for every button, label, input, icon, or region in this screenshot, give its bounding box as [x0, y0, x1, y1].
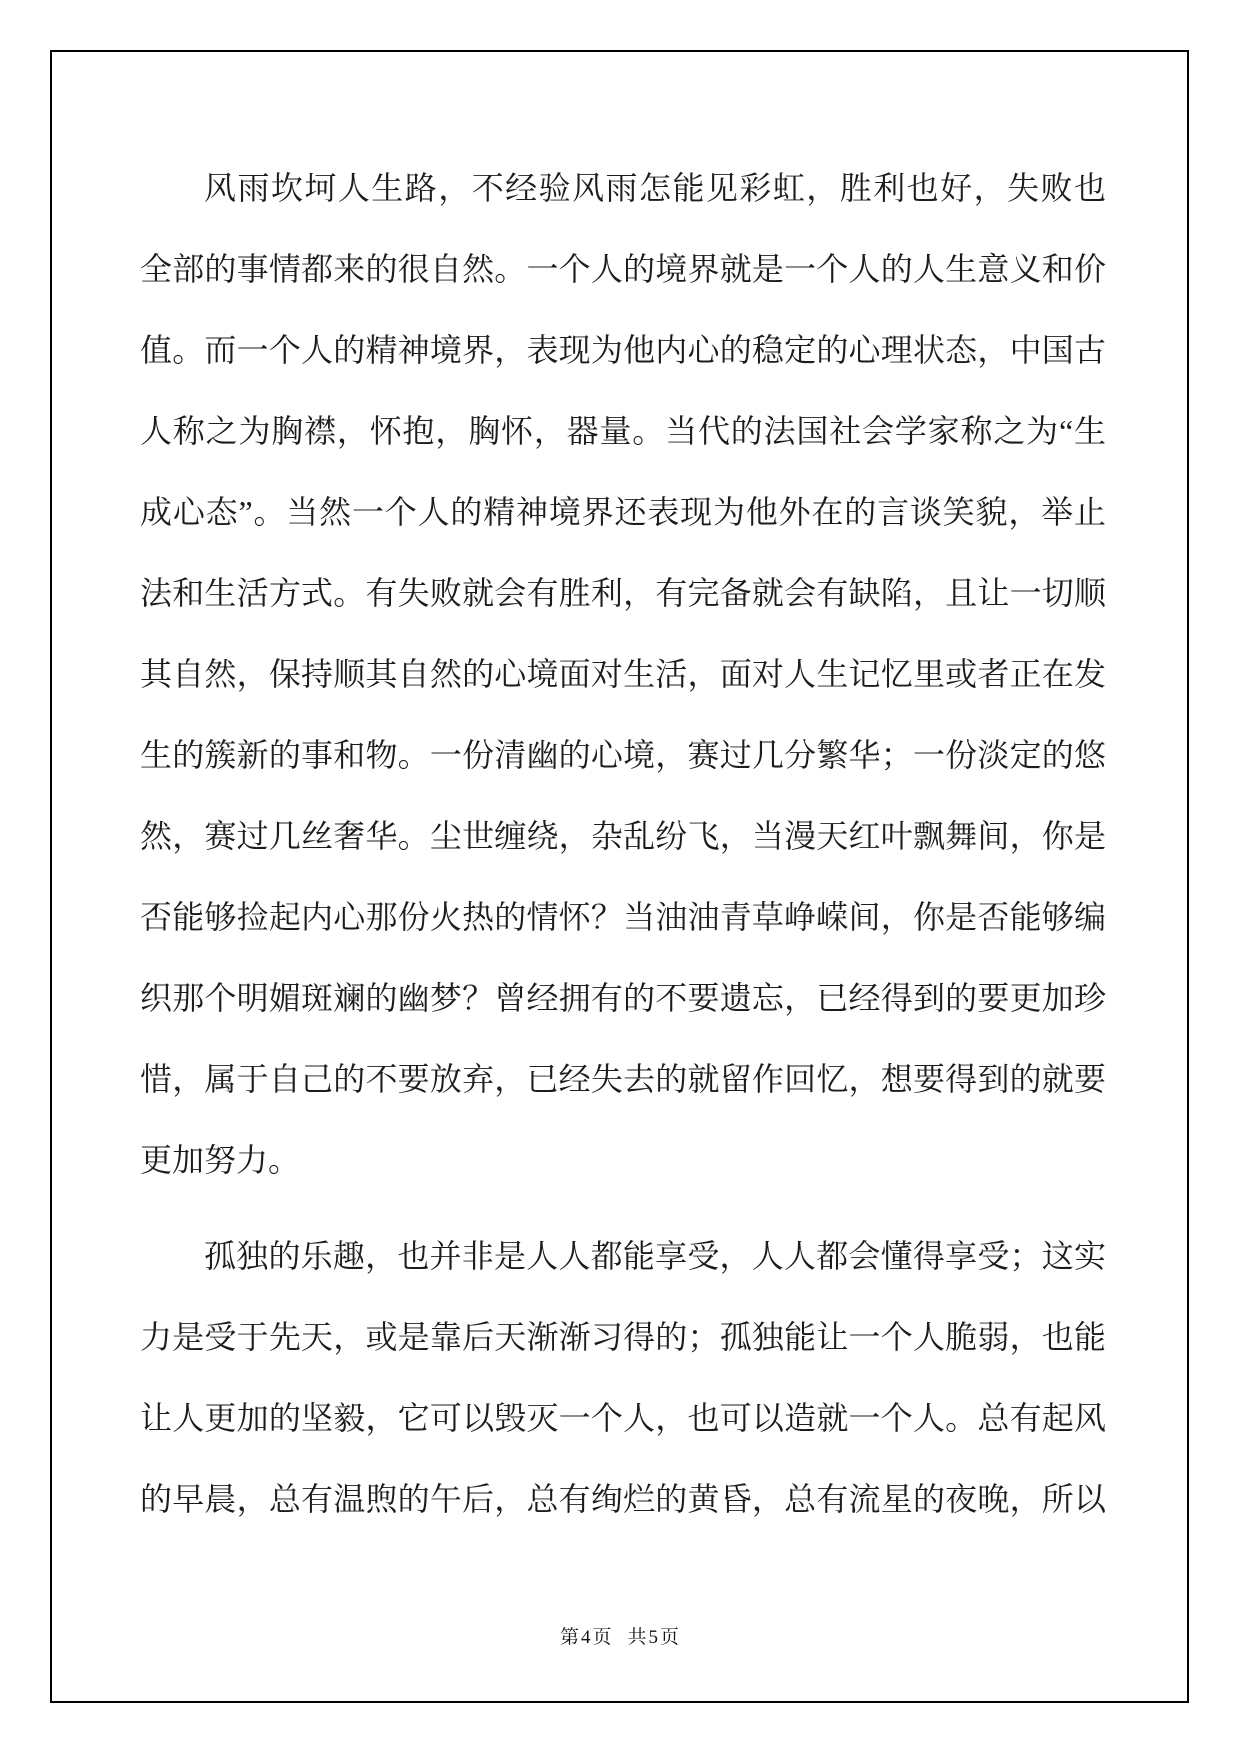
text-line: 风雨坎坷人生路，不经验风雨怎能见彩虹，胜利也好，失败也罢，: [140, 148, 1106, 229]
text-line: 的早晨，总有温煦的午后，总有绚烂的黄昏，总有流星的夜晚，所以: [140, 1459, 1106, 1540]
text-line: 惜，属于自己的不要放弃，已经失去的就留作回忆，想要得到的就要: [140, 1039, 1106, 1120]
text-line: 织那个明媚斑斓的幽梦？曾经拥有的不要遗忘，已经得到的要更加珍: [140, 958, 1106, 1039]
document-page: 风雨坎坷人生路，不经验风雨怎能见彩虹，胜利也好，失败也罢，全部的事情都来的很自然…: [0, 0, 1241, 1754]
text-line: 人称之为胸襟，怀抱，胸怀，器量。当代的法国社会学家称之为“生: [140, 391, 1106, 472]
text-line: 成心态”。当然一个人的精神境界还表现为他外在的言谈笑貌，举止看: [140, 472, 1106, 553]
text-line: 生的簇新的事和物。一份清幽的心境，赛过几分繁华；一份淡定的悠: [140, 715, 1106, 796]
paragraph: 风雨坎坷人生路，不经验风雨怎能见彩虹，胜利也好，失败也罢，全部的事情都来的很自然…: [140, 148, 1106, 1201]
text-line: 法和生活方式。有失败就会有胜利，有完备就会有缺陷，且让一切顺: [140, 553, 1106, 634]
text-line: 值。而一个人的精神境界，表现为他内心的稳定的心理状态，中国古: [140, 310, 1106, 391]
text-line: 更加努力。: [140, 1120, 1106, 1201]
total-pages-label: 共5页: [628, 1627, 682, 1648]
text-line: 让人更加的坚毅，它可以毁灭一个人，也可以造就一个人。总有起风: [140, 1378, 1106, 1459]
text-line: 否能够捡起内心那份火热的情怀？当油油青草峥嵘间，你是否能够编: [140, 877, 1106, 958]
document-body: 风雨坎坷人生路，不经验风雨怎能见彩虹，胜利也好，失败也罢，全部的事情都来的很自然…: [140, 148, 1106, 1540]
text-line: 其自然，保持顺其自然的心境面对生活，面对人生记忆里或者正在发: [140, 634, 1106, 715]
text-line: 孤独的乐趣，也并非是人人都能享受，人人都会懂得享受；这实: [140, 1216, 1106, 1297]
page-footer: 第4页共5页: [0, 1622, 1241, 1649]
text-line: 力是受于先天，或是靠后天渐渐习得的；孤独能让一个人脆弱，也能: [140, 1297, 1106, 1378]
page-number-label: 第4页: [560, 1627, 614, 1648]
paragraph: 孤独的乐趣，也并非是人人都能享受，人人都会懂得享受；这实力是受于先天，或是靠后天…: [140, 1216, 1106, 1540]
text-line: 然，赛过几丝奢华。尘世缠绕，杂乱纷飞，当漫天红叶飘舞间，你是: [140, 796, 1106, 877]
text-line: 全部的事情都来的很自然。一个人的境界就是一个人的人生意义和价: [140, 229, 1106, 310]
